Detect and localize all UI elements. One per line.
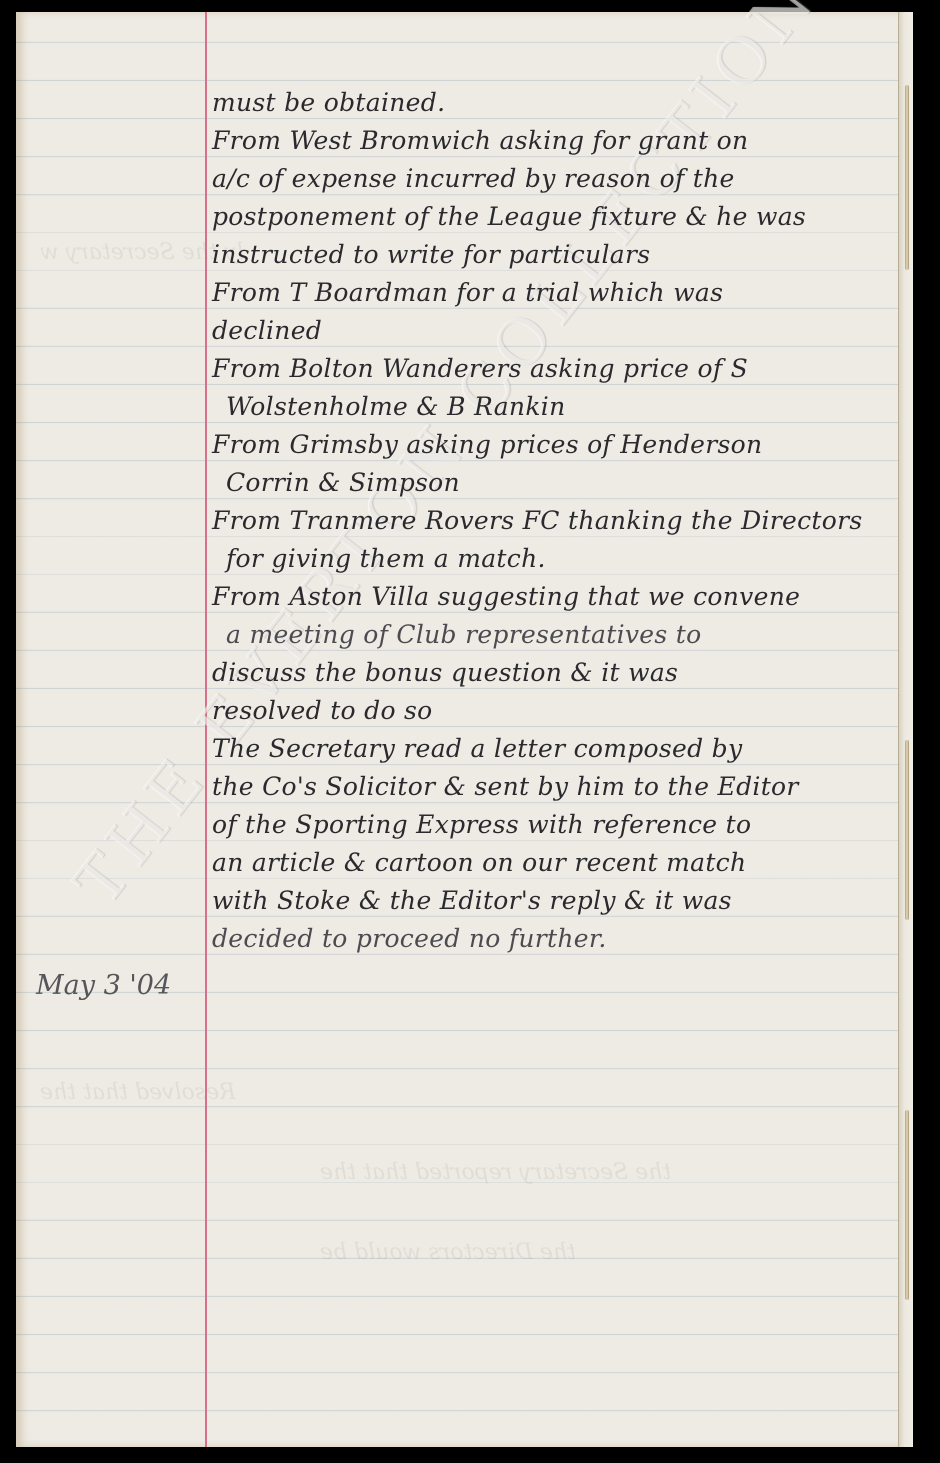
minutes-line: From T Boardman for a trial which was xyxy=(212,274,892,312)
handwritten-minutes: must be obtained. From West Bromwich ask… xyxy=(212,84,892,958)
minutes-line: for giving them a match. xyxy=(212,540,892,578)
binding-thread-top xyxy=(905,85,909,270)
minutes-line: instructed to write for particulars xyxy=(212,236,892,274)
minutes-line: From Aston Villa suggesting that we conv… xyxy=(212,578,892,616)
minutes-line: The Secretary read a letter composed by xyxy=(212,730,892,768)
minutes-line: From Tranmere Rovers FC thanking the Dir… xyxy=(212,502,892,540)
minutes-line: discuss the bonus question & it was xyxy=(212,654,892,692)
bleed-through-text: the Secretary reported that the xyxy=(320,1160,671,1185)
minutes-line: postponement of the League fixture & he … xyxy=(212,198,892,236)
minutes-line: the Co's Solicitor & sent by him to the … xyxy=(212,768,892,806)
minutes-line: an article & cartoon on our recent match xyxy=(212,844,892,882)
minutes-line: of the Sporting Express with reference t… xyxy=(212,806,892,844)
binding-thread-middle xyxy=(905,740,909,920)
minutes-line: a/c of expense incurred by reason of the xyxy=(212,160,892,198)
margin-rule xyxy=(205,12,207,1447)
minutes-line: From Grimsby asking prices of Henderson xyxy=(212,426,892,464)
minutes-line: Wolstenholme & B Rankin xyxy=(212,388,892,426)
binding-thread-bottom xyxy=(905,1110,909,1300)
minutes-line: decided to proceed no further. xyxy=(212,920,892,958)
bleed-through-text: Resolved that the xyxy=(40,1080,236,1105)
bleed-through-text: the Directors would be xyxy=(320,1240,576,1265)
minutes-line: resolved to do so xyxy=(212,692,892,730)
minutes-line: Corrin & Simpson xyxy=(212,464,892,502)
minutes-line: From Bolton Wanderers asking price of S xyxy=(212,350,892,388)
margin-date-note: May 3 '04 xyxy=(36,970,171,1001)
minutes-line: must be obtained. xyxy=(212,84,892,122)
minutes-line: From West Bromwich asking for grant on xyxy=(212,122,892,160)
minutes-line: a meeting of Club representatives to xyxy=(212,616,892,654)
minutes-line: declined xyxy=(212,312,892,350)
minutes-line: with Stoke & the Editor's reply & it was xyxy=(212,882,892,920)
